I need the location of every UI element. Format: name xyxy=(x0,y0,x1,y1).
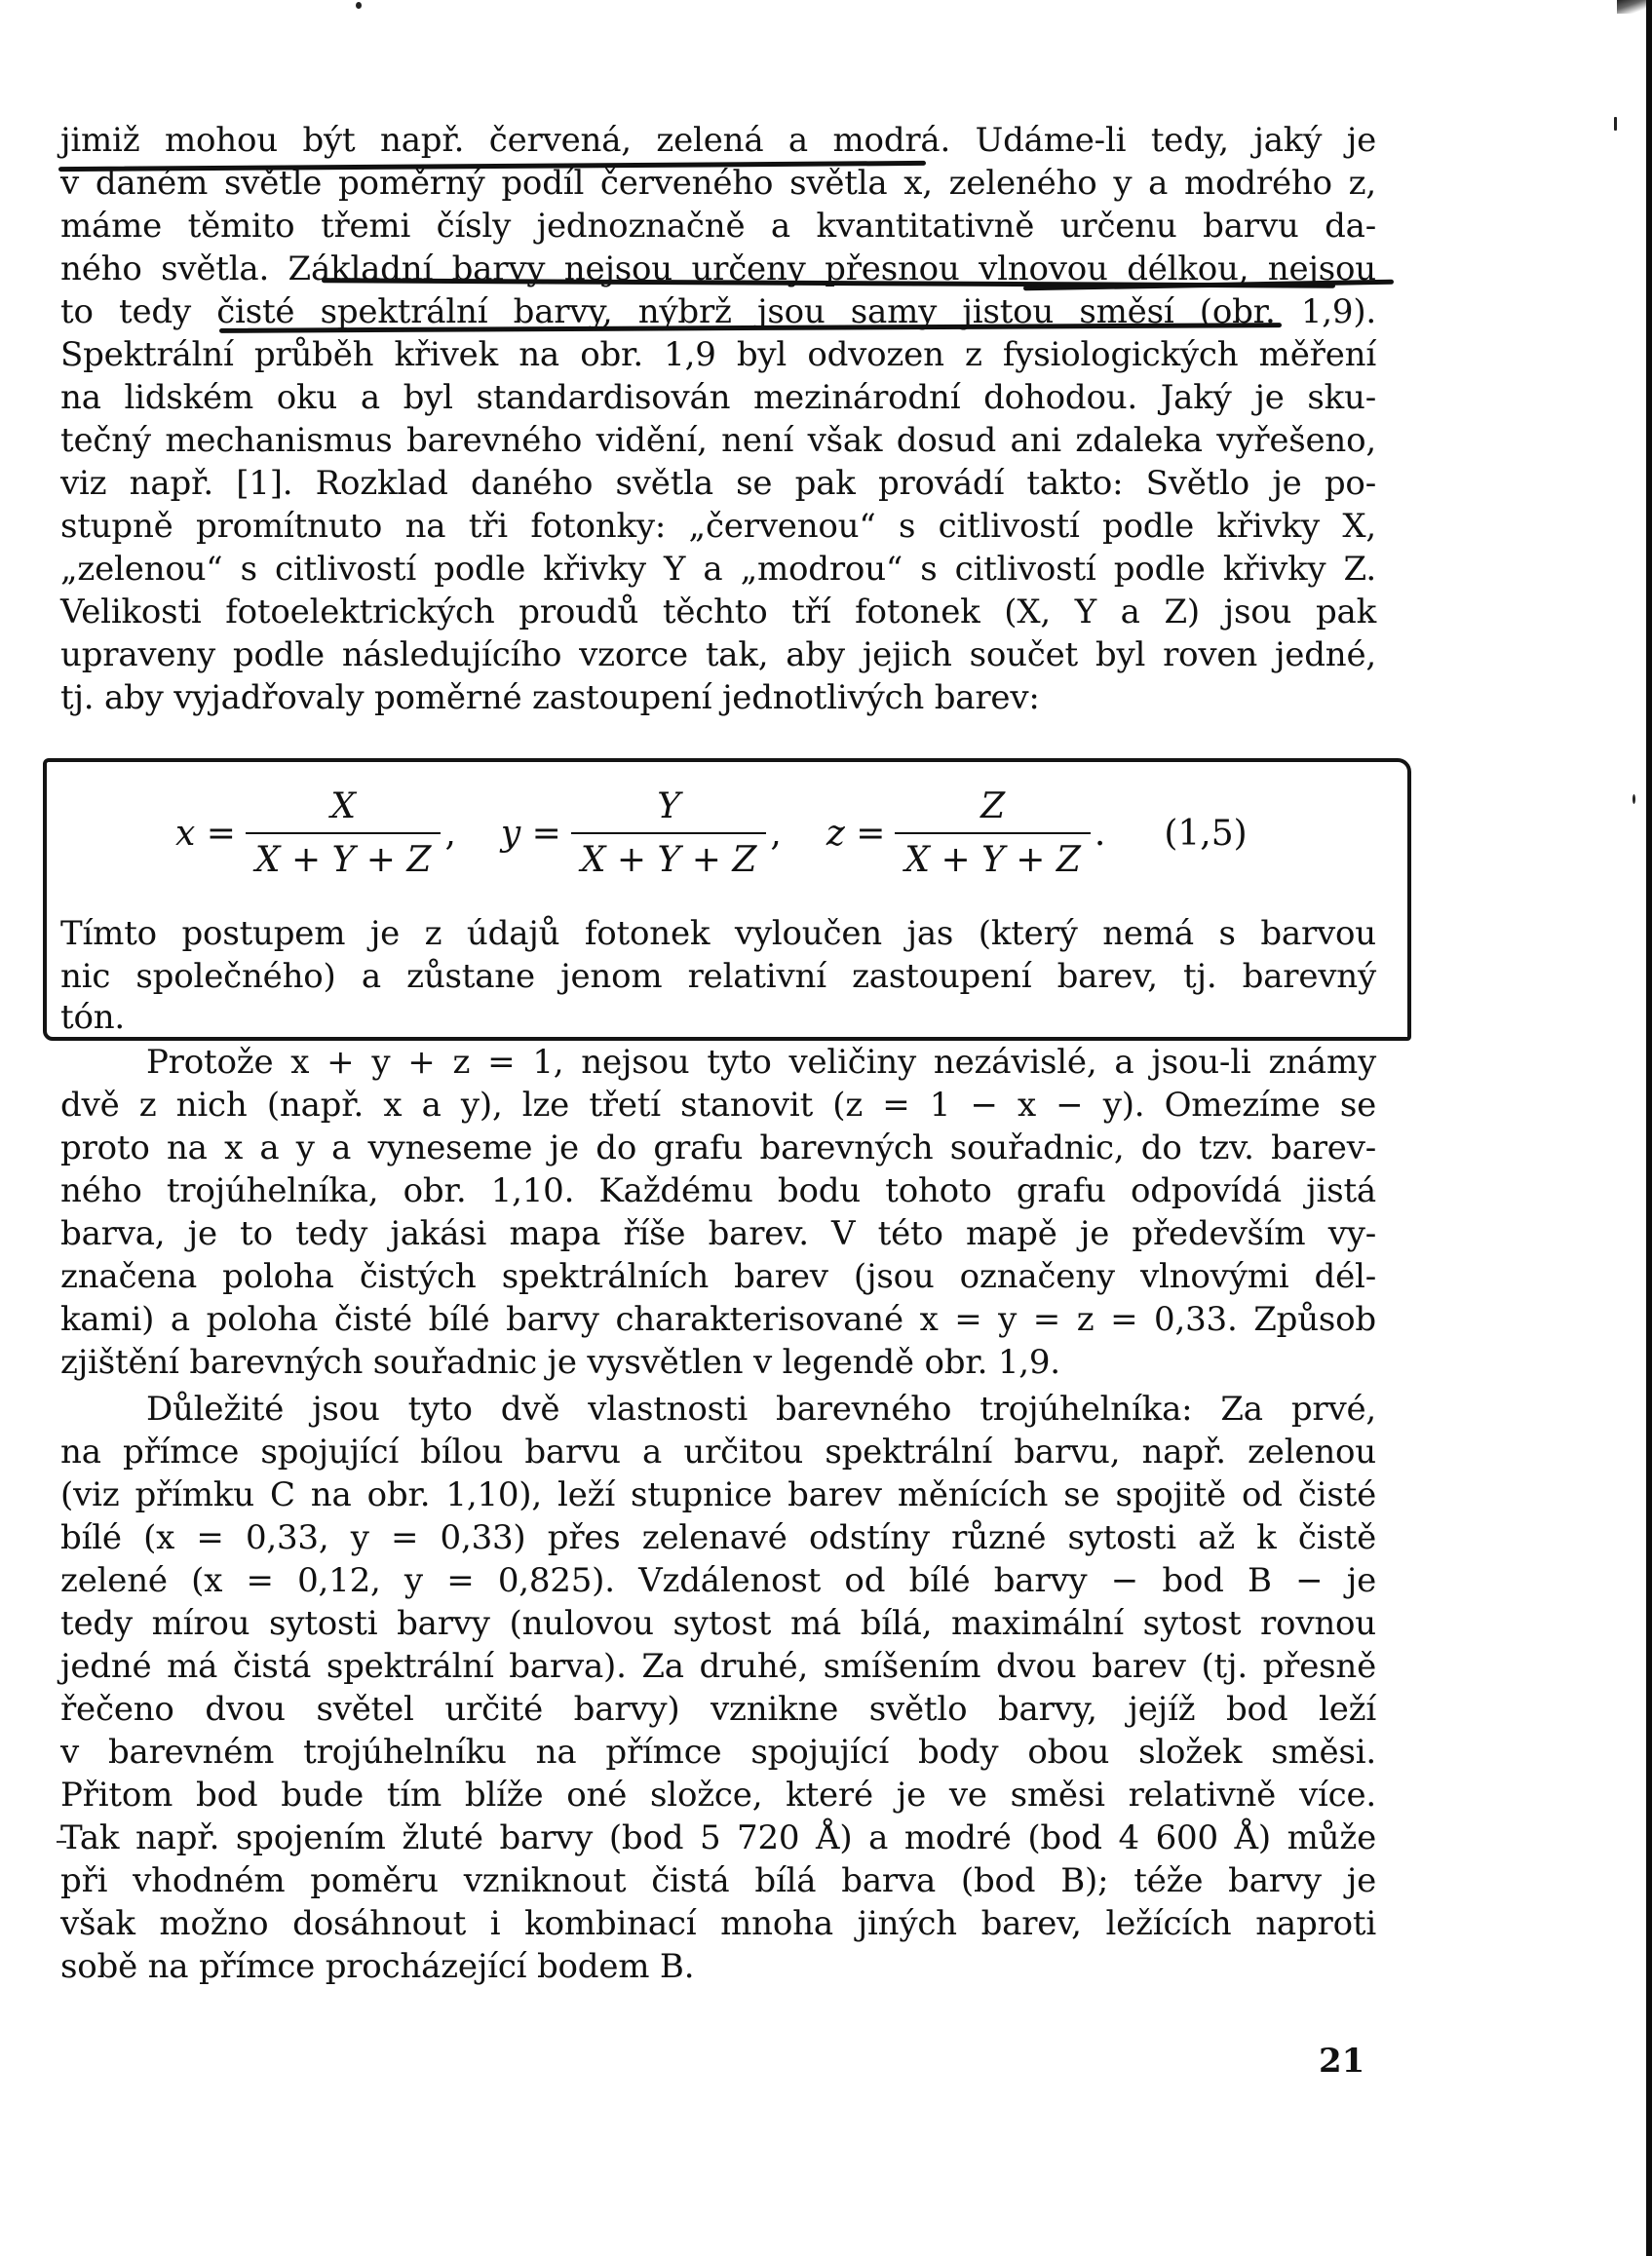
margin-mark xyxy=(57,1841,66,1843)
text-line: Důležité jsou tyto dvě vlastnosti barevn… xyxy=(60,1390,1376,1429)
fraction-numerator: Y xyxy=(647,786,690,832)
text-line: v barevném trojúhelníku na přímce spojuj… xyxy=(60,1733,1376,1772)
text-line: kami) a poloha čisté bílé barvy charakte… xyxy=(60,1300,1376,1339)
text-line: jimiž mohou být např. červená, zelená a … xyxy=(60,121,1376,160)
text-line: Přitom bod bude tím blíže oné složce, kt… xyxy=(60,1776,1376,1815)
text-line: viz např. [1]. Rozklad daného světla se … xyxy=(60,464,1376,503)
fraction-numerator: X xyxy=(321,786,365,832)
text-line: při vhodném poměru vzniknout čistá bílá … xyxy=(60,1861,1376,1900)
text-line: stupně promítnuto na tři fotonky: „červe… xyxy=(60,507,1376,546)
text-line: jedné má čistá spektrální barva). Za dru… xyxy=(60,1647,1376,1686)
text-line: tón. xyxy=(60,998,1376,1037)
text-line: Protože x + y + z = 1, nejsou tyto velič… xyxy=(60,1043,1376,1082)
fraction-denominator: X + Y + Z xyxy=(246,832,442,880)
equation-1-5: x = X X + Y + Z , y = Y X + Y + Z , z = … xyxy=(175,775,1384,892)
text-line: ného trojúhelníka, obr. 1,10. Každému bo… xyxy=(60,1171,1376,1210)
equation-lhs: z = xyxy=(826,814,886,854)
text-line: značena poloha čistých spektrálních bare… xyxy=(60,1257,1376,1296)
text-line: však možno dosáhnout i kombinací mnoha j… xyxy=(60,1904,1376,1943)
equation-lhs: x = xyxy=(175,814,236,854)
equation-punct: , xyxy=(770,814,781,854)
text-line: zelené (x = 0,12, y = 0,825). Vzdálenost… xyxy=(60,1561,1376,1600)
fraction-numerator: Z xyxy=(971,786,1015,832)
scan-speck xyxy=(1614,117,1617,131)
text-line: Tímto postupem je z údajů fotonek vylouč… xyxy=(60,914,1376,953)
text-line: zjištění barevných souřadnic je vysvětle… xyxy=(60,1343,1376,1382)
text-line: bílé (x = 0,33, y = 0,33) přes zelenavé … xyxy=(60,1518,1376,1557)
equation-punct: . xyxy=(1095,814,1105,854)
text-line: řečeno dvou světel určité barvy) vznikne… xyxy=(60,1690,1376,1729)
equation-lhs: y = xyxy=(501,814,561,854)
text-line: barva, je to tedy jakási mapa říše barev… xyxy=(60,1214,1376,1253)
fraction: X X + Y + Z xyxy=(246,786,442,880)
text-line: (viz přímku C na obr. 1,10), leží stupni… xyxy=(60,1475,1376,1514)
fraction-denominator: X + Y + Z xyxy=(895,832,1091,880)
text-line: na přímce spojující bílou barvu a určito… xyxy=(60,1433,1376,1472)
page-number: 21 xyxy=(1319,2042,1364,2081)
text-line: nic společného) a zůstane jenom relativn… xyxy=(60,957,1376,996)
text-line: tedy mírou sytosti barvy (nulovou sytost… xyxy=(60,1604,1376,1643)
text-line: tečný mechanismus barevného vidění, není… xyxy=(60,421,1376,460)
equation-term-x: x = X X + Y + Z , xyxy=(175,786,456,880)
scan-speck xyxy=(1633,794,1635,804)
text-line: proto na x a y a vyneseme je do grafu ba… xyxy=(60,1128,1376,1167)
text-line: dvě z nich (např. x a y), lze třetí stan… xyxy=(60,1086,1376,1125)
equation-term-y: y = Y X + Y + Z , xyxy=(501,786,782,880)
fraction: Y X + Y + Z xyxy=(571,786,767,880)
equation-number: (1,5) xyxy=(1164,814,1247,854)
text-line: tj. aby vyjadřovaly poměrné zastoupení j… xyxy=(60,678,1376,717)
scan-speck xyxy=(356,2,362,9)
text-line: Tak např. spojením žluté barvy (bod 5 72… xyxy=(60,1818,1376,1857)
equation-punct: , xyxy=(444,814,455,854)
equation-term-z: z = Z X + Y + Z . xyxy=(826,786,1106,880)
text-line: upraveny podle následujícího vzorce tak,… xyxy=(60,635,1376,674)
fraction: Z X + Y + Z xyxy=(895,786,1091,880)
scan-page-edge xyxy=(1646,0,1652,2256)
text-line: Spektrální průběh křivek na obr. 1,9 byl… xyxy=(60,335,1376,374)
text-line: na lidském oku a byl standardisován mezi… xyxy=(60,378,1376,417)
text-line: máme těmito třemi čísly jednoznačně a kv… xyxy=(60,207,1376,246)
scan-corner-shadow xyxy=(1617,0,1646,14)
text-line: Velikosti fotoelektrických proudů těchto… xyxy=(60,593,1376,631)
fraction-denominator: X + Y + Z xyxy=(571,832,767,880)
text-line: „zelenou“ s citlivostí podle křivky Y a … xyxy=(60,550,1376,589)
text-line: sobě na přímce procházející bodem B. xyxy=(60,1947,1376,1986)
